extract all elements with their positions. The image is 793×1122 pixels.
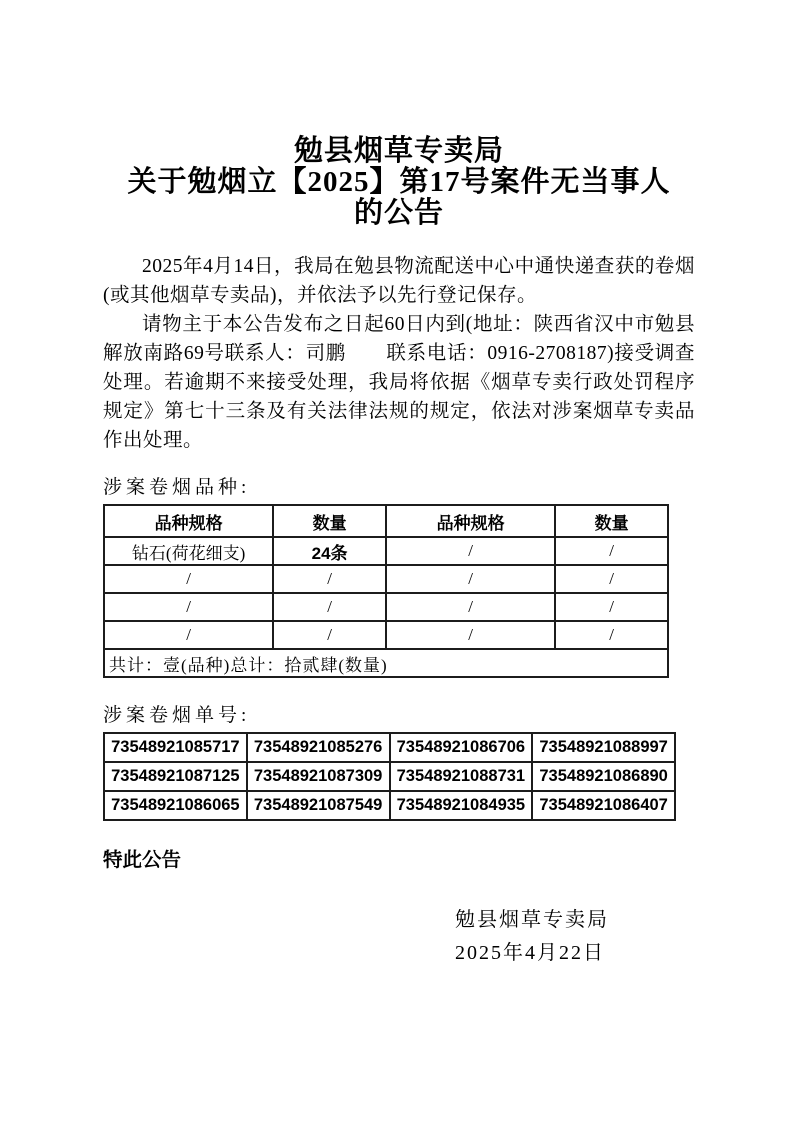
cell-empty: / [273,565,386,593]
signature-org: 勉县烟草专卖局 [455,904,695,937]
title-org-line: 勉县烟草专卖局 [103,136,695,167]
cell-empty: / [386,593,555,621]
cell-serial-number: 73548921087309 [247,762,390,791]
serial-row: 73548921086065 73548921087549 7354892108… [104,791,675,820]
cell-serial-number: 73548921087125 [104,762,247,791]
header-qty-1: 数量 [273,505,386,537]
species-table-label: 涉案卷烟品种: [103,475,695,501]
cell-empty: / [555,593,668,621]
cell-empty: / [273,621,386,649]
cell-species-name: 钻石(荷花细支) [104,537,273,565]
cell-serial-number: 73548921085276 [247,733,390,762]
header-spec-2: 品种规格 [386,505,555,537]
cell-serial-number: 73548921086890 [532,762,675,791]
cell-serial-number: 73548921084935 [390,791,533,820]
serials-table: 73548921085717 73548921085276 7354892108… [103,732,676,821]
closing-statement: 特此公告 [103,848,695,872]
paragraph-seizure-notice: 2025年4月14日，我局在勉县物流配送中心中通快递查获的卷烟(或其他烟草专卖品… [103,252,695,310]
serials-table-label: 涉案卷烟单号: [103,703,695,729]
table-row: / / / / [104,621,668,649]
species-table: 品种规格 数量 品种规格 数量 钻石(荷花细支) 24条 / / / / / /… [103,504,669,678]
serial-row: 73548921087125 73548921087309 7354892108… [104,762,675,791]
cell-empty: / [555,565,668,593]
paragraph-contact-instructions: 请物主于本公告发布之日起60日内到(地址：陕西省汉中市勉县解放南路69号联系人：… [103,310,695,455]
table-row: / / / / [104,593,668,621]
cell-empty: / [386,537,555,565]
title-subject-line-2: 的公告 [103,198,695,229]
cell-species-quantity: 24条 [273,537,386,565]
cell-serial-number: 73548921087549 [247,791,390,820]
signature-date: 2025年4月22日 [455,937,695,970]
document-header: 勉县烟草专卖局 关于勉烟立【2025】第17号案件无当事人 的公告 [103,136,695,229]
cell-empty: / [104,565,273,593]
cell-empty: / [273,593,386,621]
table-header-row: 品种规格 数量 品种规格 数量 [104,505,668,537]
title-subject-line: 关于勉烟立【2025】第17号案件无当事人 [103,167,695,198]
header-qty-2: 数量 [555,505,668,537]
cell-serial-number: 73548921086065 [104,791,247,820]
table-summary-row: 共计：壹(品种)总计：拾贰肆(数量) [104,649,668,677]
announcement-document-page: 勉县烟草专卖局 关于勉烟立【2025】第17号案件无当事人 的公告 2025年4… [0,0,793,1122]
cell-empty: / [386,621,555,649]
species-table-header: 品种规格 数量 品种规格 数量 [104,505,668,537]
cell-empty: / [386,565,555,593]
cell-empty: / [555,537,668,565]
header-spec-1: 品种规格 [104,505,273,537]
cell-serial-number: 73548921086407 [532,791,675,820]
cell-serial-number: 73548921088997 [532,733,675,762]
table-row: / / / / [104,565,668,593]
cell-empty: / [104,621,273,649]
signature-block: 勉县烟草专卖局 2025年4月22日 [455,904,695,970]
cell-empty: / [104,593,273,621]
cell-serial-number: 73548921085717 [104,733,247,762]
cell-serial-number: 73548921088731 [390,762,533,791]
table-row: 钻石(荷花细支) 24条 / / [104,537,668,565]
cell-empty: / [555,621,668,649]
cell-serial-number: 73548921086706 [390,733,533,762]
cell-total-summary: 共计：壹(品种)总计：拾贰肆(数量) [104,649,668,677]
serial-row: 73548921085717 73548921085276 7354892108… [104,733,675,762]
